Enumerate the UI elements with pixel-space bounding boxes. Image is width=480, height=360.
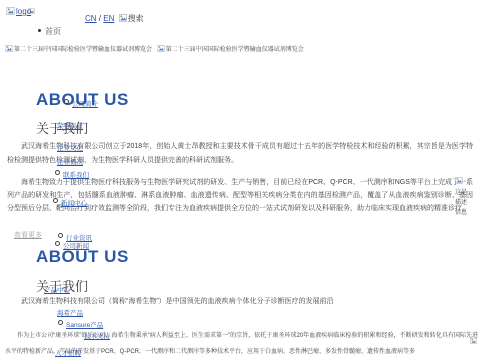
broken-image-icon [470, 331, 477, 349]
sidebar-item-company-profile[interactable]: 公司简介 [64, 99, 98, 108]
logo-link[interactable]: logo [6, 7, 31, 17]
lang-cn-link[interactable]: CN [85, 14, 97, 23]
logo-alt-text: logo [16, 7, 31, 16]
banner-alt-text: 第二十三届中国国际检验医学暨输血仪器试剂博览会 [166, 47, 304, 53]
nav-item-label: 公司新闻 [63, 243, 89, 250]
nav-item-label: 人才招聘 [55, 350, 81, 357]
banner-alt-text: 第二十三届中国国际检验医学暨输血仪器试剂博览会 [14, 47, 152, 53]
webpage: logo CN / EN 搜索 首页 第二十三届中国国际检验医学暨输血仪器试剂博… [0, 0, 480, 360]
nav-item-label: 新闻中心 [61, 200, 87, 207]
sidebar-item-product-center[interactable]: 产品中心 [44, 285, 70, 294]
sidebar-item-tech-support[interactable]: 技术支持 [84, 331, 110, 340]
view-more-link[interactable]: 查看更多 [14, 230, 42, 240]
lang-en-link[interactable]: EN [103, 14, 114, 23]
description-image-broken: 这是描述信息 [455, 177, 469, 218]
sidebar-item-overview[interactable]: 企业概况 [57, 157, 83, 166]
broken-image-icon [6, 7, 15, 17]
banner-image-2[interactable]: 第二十三届中国国际检验医学暨输血仪器试剂博览会 [157, 47, 304, 53]
banner-row: 第二十三届中国国际检验医学暨输血仪器试剂博览会 第二十三届中国国际检验医学暨输血… [5, 38, 304, 56]
circle-bullet [64, 99, 69, 104]
nav-item-label: 荣誉资质 [57, 123, 83, 130]
sidebar-item-honors[interactable]: 荣誉资质 [57, 121, 83, 130]
nav-item-label: 联系我们 [63, 172, 89, 179]
nav-item-label: 企业概况 [57, 159, 83, 166]
nav-item-label: 公司简介 [72, 101, 98, 108]
sidebar-item-news-center[interactable]: 新闻中心 [53, 198, 87, 207]
circle-bullet [55, 241, 60, 246]
about-paragraph-2: 海希生物致力于提供生物医疗科技服务与生物医学研究试剂的研发、生产与销售，目前已经… [7, 176, 473, 215]
broken-image-icon [157, 45, 165, 54]
nav-home-item[interactable]: 首页 [38, 26, 61, 37]
lang-search-bar: CN / EN 搜索 [85, 13, 144, 24]
sidebar-item-company-news[interactable]: 公司新闻 [55, 241, 89, 250]
nav-home-label: 首页 [45, 27, 61, 36]
search-label: 搜索 [128, 14, 144, 23]
search-icon [119, 14, 127, 24]
nav-item-label: 产品中心 [44, 287, 70, 294]
section2-title-en: ABOUT US [36, 247, 129, 267]
broken-image-icon [455, 177, 463, 188]
nav-item-label: 企业文化 [57, 145, 83, 152]
sidebar-item-culture[interactable]: 企业文化 [57, 143, 83, 152]
sidebar-item-recruitment[interactable]: 人才招聘 [55, 348, 81, 357]
nav-item-label: 技术支持 [84, 333, 110, 340]
banner-image-1[interactable]: 第二十三届中国国际检验医学暨输血仪器试剂博览会 [5, 47, 154, 53]
sidebar-item-contact[interactable]: 联系我们 [55, 170, 89, 179]
circle-bullet [55, 170, 60, 175]
circle-bullet [58, 320, 63, 325]
about2-paragraph-1: 武汉海希生物科技有限公司（简称“海希生物”）是中国领先的血液疾病个体化分子诊断医… [7, 295, 459, 308]
circle-bullet [58, 233, 63, 238]
sidebar-item-haixi-products[interactable]: 海希产品 [57, 308, 83, 317]
broken-image-icon [5, 45, 13, 54]
circle-bullet [53, 198, 58, 203]
nav-item-label: 海希产品 [57, 310, 83, 317]
sidebar-item-sansure-products[interactable]: Sansure产品 [58, 320, 103, 329]
disc-bullet [38, 29, 41, 32]
search-control[interactable]: 搜索 [119, 14, 144, 23]
nav-item-label: Sansure产品 [66, 322, 103, 329]
description-alt-text: 这是描述信息 [455, 190, 467, 216]
